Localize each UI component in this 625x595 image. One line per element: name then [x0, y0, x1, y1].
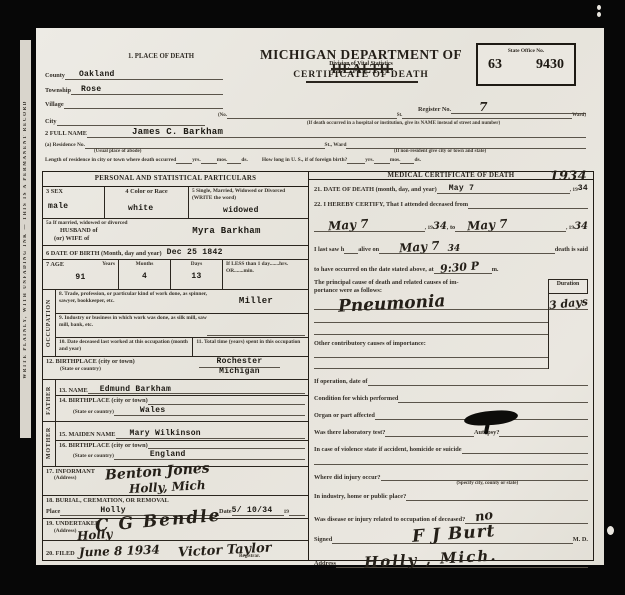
age-less-label: If LESS than 1 day.......hrs. — [226, 261, 305, 268]
public-place-label: In industry, home or public place? — [314, 493, 406, 501]
organ-row: Organ or part affected — [314, 412, 588, 420]
age-days-cell: Days 13 — [171, 260, 223, 289]
occupation-group: OCCUPATION 8. Trade, profession, or part… — [43, 290, 308, 356]
trade-label: 8. Trade, profession, or particular kind… — [59, 291, 207, 312]
blank-line — [347, 163, 365, 164]
attended-from-year: 34 — [433, 221, 447, 232]
related-label: Was disease or injury related to occupat… — [314, 516, 465, 524]
medical-section-title-row: MEDICAL CERTIFICATE OF DEATH 1934 — [309, 172, 593, 180]
trade-row: 8. Trade, profession, or particular kind… — [56, 290, 308, 314]
burial-date-field: 5/ 10/34 — [232, 507, 284, 516]
cause-duration-cell: 3 days — [549, 294, 588, 310]
blank-line — [148, 448, 305, 449]
attended-to-year: 34 — [574, 221, 588, 232]
father-name-label: 13. NAME — [59, 387, 88, 395]
father-birthplace-row: 14. BIRTHPLACE (city or town) (State or … — [56, 396, 308, 420]
blank-line — [148, 404, 305, 405]
age-row: 7 AGE Years 91 Months 4 Days 13 If — [43, 260, 308, 290]
md-label: M. D. — [573, 536, 588, 544]
st-ward-label: St., Ward — [325, 142, 347, 149]
length-label: Length of residence in city or town wher… — [45, 157, 176, 164]
street-no-label: (No. — [218, 113, 227, 119]
state-office-no1: 63 — [488, 57, 502, 73]
blank-line — [314, 464, 588, 465]
division-subtitle: Division of Vital Statistics — [231, 62, 491, 68]
burial-date-value: 5/ 10/34 — [232, 507, 273, 516]
certify-row: 22. I HEREBY CERTIFY, That I attended de… — [314, 201, 588, 209]
age-months-label: Months — [122, 261, 167, 268]
burial-place-label: Place — [46, 508, 60, 516]
scan-artifact — [607, 526, 614, 535]
mother-name-label: 15. MAIDEN NAME — [59, 431, 116, 439]
physician-address-value: Holly , Mich. — [364, 547, 498, 572]
attended-to-field: May 7 — [455, 218, 566, 232]
ink-blot — [464, 409, 519, 427]
register-value: 7 — [479, 100, 487, 114]
mother-name-field: Mary Wilkinson — [116, 430, 306, 439]
township-label: Township — [45, 87, 71, 95]
totaltime-label: 11. Total time (years) spent in this occ… — [193, 338, 308, 355]
age-less-cell: If LESS than 1 day.......hrs. OR.......m… — [223, 260, 308, 289]
last-saw-date: May 7 — [399, 238, 440, 255]
age-months-cell: Months 4 — [119, 260, 171, 289]
spouse-label-1: 5a If married, widowed or divorced — [46, 220, 142, 227]
mos2-label: mos. — [390, 157, 401, 164]
blank-line — [400, 163, 414, 164]
age-months-value: 4 — [122, 273, 167, 282]
date-of-death-field: May 7 — [437, 185, 570, 194]
blank-line — [368, 385, 588, 386]
occurred-row: to have occurred on the date stated abov… — [314, 261, 588, 274]
trade-value: Miller — [239, 297, 273, 307]
state-office-numbers: 63 9430 — [478, 54, 574, 73]
ds2-label: ds. — [414, 157, 420, 164]
public-place-row: In industry, home or public place? — [314, 493, 588, 501]
blank-line — [385, 436, 474, 437]
death-time-field: 9:30 P — [434, 261, 492, 274]
blank-line — [201, 163, 217, 164]
undertaker-row: 19. UNDERTAKER (Address) C G Bendle Holl… — [43, 519, 308, 541]
year-prefix-a: , 19 — [425, 225, 433, 232]
age-years-value: 91 — [46, 274, 115, 283]
personal-section-title: PERSONAL AND STATISTICAL PARTICULARS — [43, 172, 308, 187]
full-name-label: 2 FULL NAME — [45, 130, 87, 138]
injury-row: Where did injury occur? — [314, 474, 588, 482]
dob-row: 6 DATE OF BIRTH (Month, day and year) De… — [43, 246, 308, 260]
blank-line — [468, 208, 588, 209]
informant-row: 17. INFORMANT (Address) Benton Jones Hol… — [43, 467, 308, 496]
blank-line — [207, 335, 305, 336]
marital-cell: 5 Single, Married, Widowed or Divorced (… — [189, 187, 308, 218]
physician-address-field: Holly , Mich. — [336, 550, 588, 568]
operation-row: If operation, date of — [314, 378, 588, 386]
residence-line: (a) Residence No. St., Ward — [45, 142, 586, 149]
full-name-field: James C. Barkham — [87, 128, 586, 138]
operation-label: If operation, date of — [314, 378, 368, 386]
certify-label: 22. I HEREBY CERTIFY, That I attended de… — [314, 201, 468, 209]
violence-extra-line — [314, 464, 588, 465]
blank-line — [344, 253, 358, 254]
mos-label: mos. — [217, 157, 228, 164]
margin-instruction-text: WRITE PLAINLY, WITH UNFADING INK — THIS … — [23, 100, 28, 379]
village-label: Village — [45, 101, 64, 109]
blank-line — [176, 163, 192, 164]
organ-label: Organ or part affected — [314, 412, 375, 420]
injury-label: Where did injury occur? — [314, 474, 381, 482]
father-side-label-cell: FATHER — [43, 380, 56, 420]
hospital-note: (If death occurred in a hospital or inst… — [221, 121, 586, 127]
lastworked-row: 10. Date deceased last worked at this oc… — [56, 338, 308, 355]
mother-side-label-cell: MOTHER — [43, 422, 56, 466]
violence-row: In case of violence state if accident, h… — [314, 446, 588, 454]
duration-label: Duration — [548, 279, 588, 295]
signature-field: F J Burt — [332, 524, 573, 544]
last-saw-row: I last saw h alive on May 7 34 death is … — [314, 240, 588, 254]
mother-bp-label: 16. BIRTHPLACE (city or town) — [59, 442, 148, 450]
scan-artifact — [597, 12, 601, 17]
mother-bp-value: England — [150, 451, 186, 460]
spouse-label-3: (or) WIFE of — [54, 235, 142, 243]
mother-name-row: 15. MAIDEN NAME Mary Wilkinson — [56, 422, 308, 441]
sex-label: 3 SEX — [46, 188, 101, 196]
spouse-labels: 5a If married, widowed or divorced HUSBA… — [43, 219, 145, 245]
place-of-death-label: 1. PLACE OF DEATH — [91, 53, 231, 61]
cause-head: The principal cause of death and related… — [314, 279, 588, 295]
related-row: Was disease or injury related to occupat… — [314, 509, 588, 524]
certificate-paper: 1. PLACE OF DEATH MICHIGAN DEPARTMENT OF… — [36, 28, 604, 565]
attended-dates-row: May 7 , 19 34 , to May 7 , 19 34 — [314, 218, 588, 232]
last-saw-label: I last saw h — [314, 246, 344, 254]
death-said-label: death is said — [555, 246, 588, 254]
industry-row: 9. Industry or business in which work wa… — [56, 314, 308, 338]
mother-side-label: MOTHER — [46, 427, 52, 459]
year-prefix-b: , 19 — [566, 225, 574, 232]
burial-label: 18. BURIAL, CREMATION, OR REMOVAL — [46, 497, 305, 505]
length-of-residence-line: Length of residence in city or town wher… — [45, 157, 586, 164]
filed-label: 20. FILED — [46, 550, 75, 558]
street-field — [402, 118, 572, 119]
m-label: m. — [492, 266, 499, 274]
occupation-side-label-cell: OCCUPATION — [43, 290, 56, 355]
blank-line — [314, 348, 548, 358]
certificate-table: PERSONAL AND STATISTICAL PARTICULARS 3 S… — [42, 171, 594, 561]
physician-signature: F J Burt — [412, 521, 497, 547]
duration-column: 3 days — [548, 294, 588, 369]
yrs2-label: yrs. — [365, 157, 374, 164]
rule — [306, 81, 418, 83]
father-name-row: 13. NAME Edmund Barkham — [56, 380, 308, 396]
village-field — [64, 108, 223, 109]
ds-label: ds. — [241, 157, 247, 164]
filed-date-value: June 8 1934 — [78, 543, 159, 560]
marital-label: 5 Single, Married, Widowed or Divorced (… — [192, 188, 305, 202]
mother-bp-field: England — [114, 451, 305, 460]
us-length-label: How long in U. S., if of foreign birth? — [262, 157, 347, 164]
race-value: white — [128, 205, 185, 214]
age-or-label: OR.......min. — [226, 268, 305, 275]
blank-line — [314, 323, 548, 335]
scan-artifact — [597, 5, 601, 10]
age-days-value: 13 — [174, 273, 219, 282]
county-line: County Oakland — [45, 71, 223, 80]
labtest-label: Was there laboratory test? — [314, 429, 385, 437]
blank-line — [462, 453, 589, 454]
sex-cell: 3 SEX male — [43, 187, 105, 218]
mother-name-value: Mary Wilkinson — [130, 430, 201, 439]
father-bp-label: 14. BIRTHPLACE (city or town) — [59, 397, 148, 405]
father-name-field: Edmund Barkham — [88, 386, 305, 395]
spouse-label-2: HUSBAND of — [60, 227, 142, 235]
county-field: Oakland — [65, 71, 223, 80]
race-label: 4 Color or Race — [108, 188, 185, 196]
cause-intro-1: The principal cause of death and related… — [314, 279, 548, 287]
to-label: , to — [447, 224, 455, 232]
residence-label: (a) Residence No. — [45, 142, 85, 149]
signed-row: Signed F J Burt M. D. — [314, 524, 588, 544]
sex-race-marital-row: 3 SEX male 4 Color or Race white 5 Singl… — [43, 187, 308, 219]
mother-group: MOTHER 15. MAIDEN NAME Mary Wilkinson 16… — [43, 422, 308, 467]
spouse-value: Myra Barkham — [192, 227, 260, 237]
spouse-row: 5a If married, widowed or divorced HUSBA… — [43, 219, 308, 246]
father-bp-sub-label: (State or country) — [73, 409, 114, 416]
occurred-label: to have occurred on the date stated abov… — [314, 266, 434, 274]
medical-year-hand: 1934 — [550, 169, 587, 184]
certificate-title: CERTIFICATE OF DEATH — [231, 71, 491, 81]
cause-duration-value: 3 days — [548, 295, 588, 312]
cause-line-1: Pneumonia — [314, 294, 548, 310]
last-saw-field: May 7 34 — [379, 240, 555, 254]
city-line: City — [45, 118, 205, 126]
date-of-death-row: 21. DATE OF DEATH (month, day, and year)… — [314, 185, 588, 194]
violence-label: In case of violence state if accident, h… — [314, 446, 462, 454]
village-line: Village — [45, 101, 223, 109]
physician-address-row: Address Holly , Mich. — [314, 550, 588, 568]
yrs-label: yrs. — [192, 157, 201, 164]
blank-line — [406, 500, 588, 501]
city-field — [57, 125, 205, 126]
dod-year-prefix: , 19 — [570, 187, 578, 194]
physician-address-label: Address — [314, 560, 336, 568]
blank-line — [499, 436, 588, 437]
full-name-line: 2 FULL NAME James C. Barkham — [45, 128, 586, 138]
contrib-label: Other contributory causes of importance: — [314, 340, 548, 348]
father-name-value: Edmund Barkham — [100, 386, 171, 395]
county-value: Oakland — [79, 71, 115, 80]
industry-label: 9. Industry or business in which work wa… — [59, 315, 207, 329]
margin-instruction: WRITE PLAINLY, WITH UNFADING INK — THIS … — [20, 40, 31, 438]
marital-value: widowed — [223, 207, 259, 216]
age-years-label: Years — [102, 261, 115, 269]
death-time-value: 9:30 P — [439, 259, 479, 275]
county-label: County — [45, 72, 65, 80]
birthplace-state-value: Michigan — [219, 368, 260, 377]
scanned-death-certificate: WRITE PLAINLY, WITH UNFADING INK — THIS … — [0, 0, 625, 595]
township-field: Rose — [71, 86, 223, 95]
attended-from-field: May 7 — [314, 218, 425, 232]
signed-label: Signed — [314, 536, 332, 544]
blank-line — [374, 163, 390, 164]
street-line: (No. St. Ward) — [218, 113, 586, 119]
township-line: Township Rose — [45, 86, 223, 95]
condition-label: Condition for which performed — [314, 395, 398, 403]
medical-section-title: MEDICAL CERTIFICATE OF DEATH — [388, 172, 515, 179]
condition-row: Condition for which performed — [314, 395, 588, 403]
alive-on-label: alive on — [358, 246, 379, 254]
birthplace-sub-label: (State or country) — [60, 366, 174, 373]
father-bp-value: Wales — [140, 407, 166, 416]
abode-note: (Usual place of abode) — [94, 149, 141, 155]
dob-label: 6 DATE OF BIRTH (Month, day and year) — [46, 250, 162, 258]
attended-to-value: May 7 — [467, 216, 508, 233]
age-days-label: Days — [174, 261, 219, 268]
full-name-value: James C. Barkham — [132, 128, 223, 138]
blank-line — [314, 358, 548, 369]
personal-column: PERSONAL AND STATISTICAL PARTICULARS 3 S… — [43, 172, 309, 560]
dod-year-value: 34 — [578, 185, 588, 194]
blank-line — [398, 402, 588, 403]
nonresident-note: (If non-resident give city or town and s… — [394, 149, 486, 155]
date-of-death-label: 21. DATE OF DEATH (month, day, and year) — [314, 186, 437, 194]
register-line: Register No. 7 — [418, 100, 586, 114]
attended-from-value: May 7 — [328, 216, 369, 233]
township-value: Rose — [81, 86, 101, 95]
registrar-label: Registrar. — [239, 554, 260, 560]
last-saw-year: 34 — [448, 244, 461, 254]
date-of-death-value: May 7 — [449, 185, 475, 194]
street-ward-label: Ward) — [572, 113, 586, 119]
lastworked-label: 10. Date deceased last worked at this oc… — [56, 338, 193, 355]
blank-line — [289, 515, 305, 516]
city-label: City — [45, 118, 57, 126]
sex-value: male — [48, 203, 101, 212]
father-side-label: FATHER — [46, 386, 52, 415]
filed-row: 20. FILED June 8 1934 Victor Taylor Regi… — [43, 541, 308, 560]
father-group: FATHER 13. NAME Edmund Barkham 14. BIRTH… — [43, 380, 308, 421]
age-years-cell: 7 AGE Years 91 — [43, 260, 119, 289]
occupation-side-label: OCCUPATION — [46, 299, 52, 347]
labtest-row: Was there laboratory test? Autopsy? — [314, 429, 588, 437]
state-office-no2: 9430 — [536, 57, 564, 73]
street-no-field — [227, 118, 397, 119]
age-label: 7 AGE — [46, 261, 64, 269]
organ-field — [375, 419, 588, 420]
blank-line — [227, 163, 241, 164]
birthplace-label: 12. BIRTHPLACE (city or town) — [46, 358, 174, 366]
mother-bp-sub-label: (State or country) — [73, 453, 114, 460]
cause-body: Pneumonia Other contributory causes of i… — [314, 294, 588, 369]
register-field: 7 — [451, 100, 586, 114]
race-cell: 4 Color or Race white — [105, 187, 189, 218]
injury-note: (Specify city, county or state) — [456, 481, 588, 487]
father-bp-field: Wales — [114, 407, 305, 416]
dob-value: Dec 25 1842 — [167, 249, 223, 258]
state-office-box: State Office No. 63 9430 — [476, 43, 576, 86]
birthplace-row: 12. BIRTHPLACE (city or town) (State or … — [43, 357, 308, 381]
medical-column: MEDICAL CERTIFICATE OF DEATH 1934 21. DA… — [309, 172, 593, 560]
